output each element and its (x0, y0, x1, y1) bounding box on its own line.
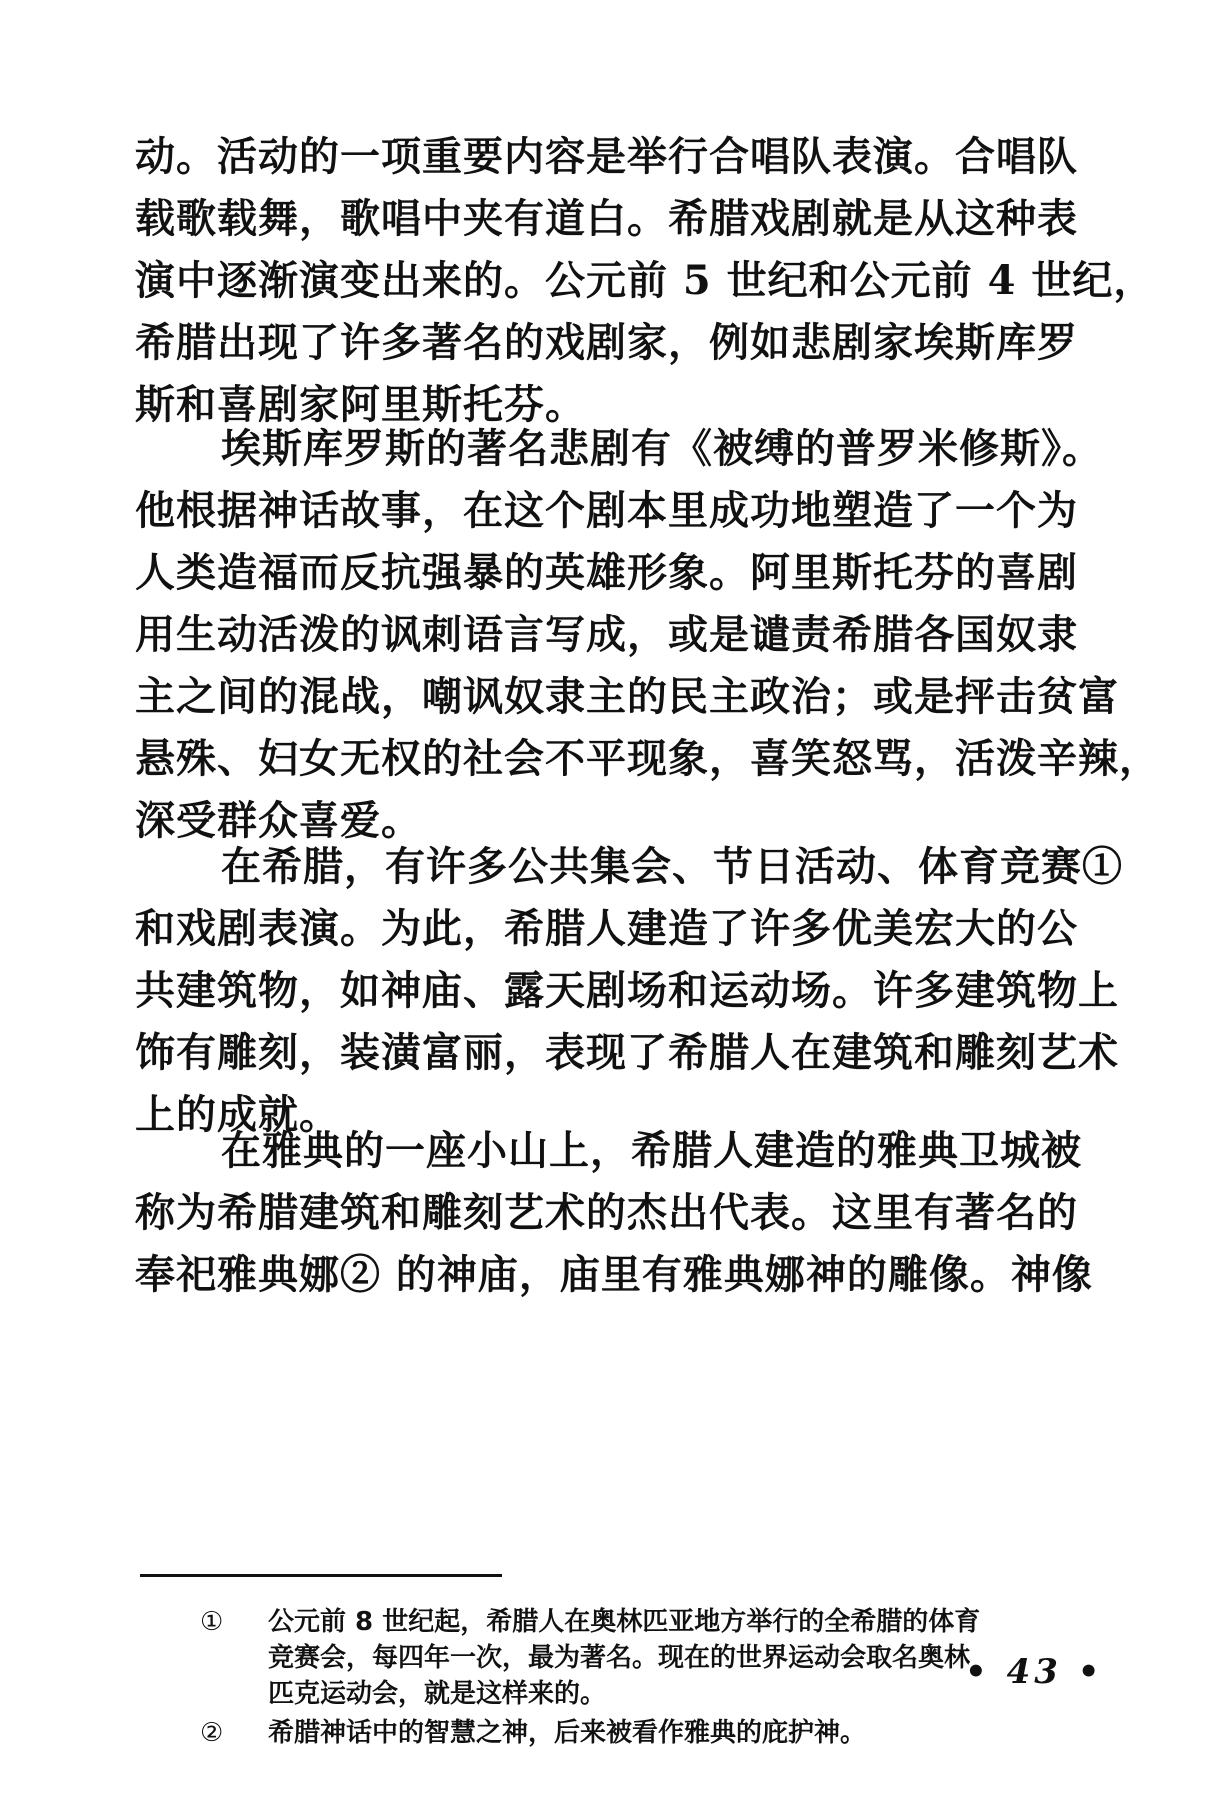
text-line: 在雅典的一座小山上，希腊人建造的雅典卫城被 (135, 1120, 1095, 1182)
text-line: 奉祀雅典娜② 的神庙，庙里有雅典娜神的雕像。神像 (135, 1244, 1095, 1306)
paragraph-4: 在雅典的一座小山上，希腊人建造的雅典卫城被 称为希腊建筑和雕刻艺术的杰出代表。这… (135, 1120, 1095, 1306)
text-line: 他根据神话故事，在这个剧本里成功地塑造了一个为 (135, 480, 1095, 542)
paragraph-1: 动。活动的一项重要内容是举行合唱队表演。合唱队 载歌载舞，歌唱中夹有道白。希腊戏… (135, 126, 1095, 436)
text-line: 希腊出现了许多著名的戏剧家，例如悲剧家埃斯库罗 (135, 312, 1095, 374)
text-line: 共建筑物，如神庙、露天剧场和运动场。许多建筑物上 (135, 960, 1095, 1022)
paragraph-3: 在希腊，有许多公共集会、节日活动、体育竞赛① 和戏剧表演。为此，希腊人建造了许多… (135, 836, 1095, 1146)
footnote-marker: ① (200, 1604, 223, 1640)
book-page: 动。活动的一项重要内容是举行合唱队表演。合唱队 载歌载舞，歌唱中夹有道白。希腊戏… (0, 0, 1209, 1800)
text-line: 动。活动的一项重要内容是举行合唱队表演。合唱队 (135, 126, 1095, 188)
text-line: 和戏剧表演。为此，希腊人建造了许多优美宏大的公 (135, 898, 1095, 960)
footnote-marker: ② (200, 1715, 223, 1751)
page-number: • 43 • (965, 1652, 1103, 1692)
text-line: 悬殊、妇女无权的社会不平现象，喜笑怒骂，活泼辛辣， (135, 728, 1095, 790)
text-line: 主之间的混战，嘲讽奴隶主的民主政治；或是抨击贫富 (135, 666, 1095, 728)
text-line: 用生动活泼的讽刺语言写成，或是谴责希腊各国奴隶 (135, 604, 1095, 666)
text-line: 在希腊，有许多公共集会、节日活动、体育竞赛① (135, 836, 1095, 898)
text-line: 人类造福而反抗强暴的英雄形象。阿里斯托芬的喜剧 (135, 542, 1095, 604)
footnote-divider (140, 1574, 502, 1577)
footnote-line: 希腊神话中的智慧之神，后来被看作雅典的庇护神。 (268, 1715, 1100, 1751)
footnote-line: 公元前 8 世纪起，希腊人在奥林匹亚地方举行的全希腊的体育 (268, 1604, 1100, 1640)
text-line: 载歌载舞，歌唱中夹有道白。希腊戏剧就是从这种表 (135, 188, 1095, 250)
text-line: 演中逐渐演变出来的。公元前 5 世纪和公元前 4 世纪， (135, 250, 1095, 312)
footnote-2: ② 希腊神话中的智慧之神，后来被看作雅典的庇护神。 (200, 1715, 1100, 1751)
paragraph-2: 埃斯库罗斯的著名悲剧有《被缚的普罗米修斯》。 他根据神话故事，在这个剧本里成功地… (135, 418, 1095, 852)
text-line: 称为希腊建筑和雕刻艺术的杰出代表。这里有著名的 (135, 1182, 1095, 1244)
text-line: 饰有雕刻，装潢富丽，表现了希腊人在建筑和雕刻艺术 (135, 1022, 1095, 1084)
text-line: 埃斯库罗斯的著名悲剧有《被缚的普罗米修斯》。 (135, 418, 1095, 480)
